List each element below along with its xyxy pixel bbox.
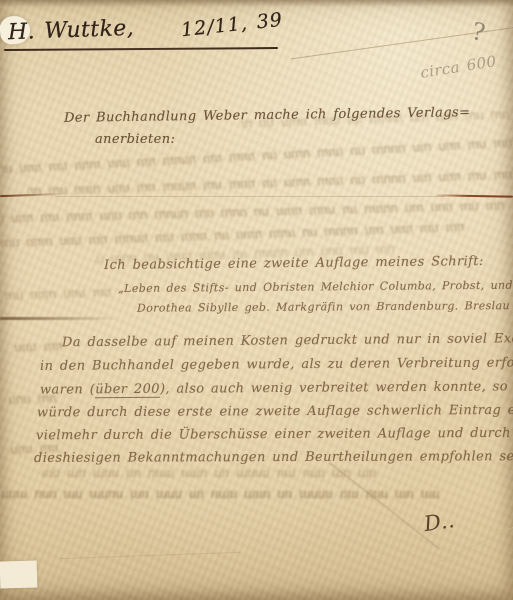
dark-fold-shadow [0, 317, 118, 320]
letter-title-line: „Leben des Stifts- und Obristen Melchior… [118, 278, 513, 295]
horizontal-fold-line [55, 196, 445, 197]
letter-line-segment: waren ( [40, 382, 95, 397]
white-patch-bottom-left [0, 561, 37, 589]
letter-line: dieshiesigen Bekanntmachungen und Beurth… [34, 449, 513, 466]
bottom-diagonal-crease [330, 462, 441, 549]
ghost-bleedthrough-line: nm um nnu mu nnnm un unm nmu un nnm um n… [42, 466, 377, 481]
bottom-faint-crease [60, 552, 240, 559]
date-annotation: 12/11, 39 [180, 9, 284, 42]
ghost-bleedthrough-line: nm um nnu mu nnnm un unm nmu un nnm um n… [0, 220, 465, 251]
ghost-bleedthrough-line: nm um nnu mu nnnm un unm nmu un nnm um n… [0, 136, 513, 178]
pencil-note-circa-600: circa 600 [419, 52, 498, 82]
manuscript-letter-page: nm um nnu mu nnnm un unm nmu un nnm um n… [0, 0, 513, 600]
letter-line: Der Buchhandlung Weber mache ich folgend… [64, 105, 471, 126]
letter-line: in den Buchhandel gegeben wurde, als zu … [40, 355, 513, 374]
ghost-bleedthrough-line: nm um nnu mu nnnm un unm nmu un nnm um n… [0, 487, 440, 502]
letter-line: anerbieten: [95, 132, 175, 147]
letter-line-segment: ), also auch wenig verbreitet werden kon… [160, 379, 508, 396]
author-signature: H. Wuttke, [8, 16, 135, 45]
pencil-question-mark: ? [469, 17, 488, 47]
ghost-bleedthrough-line: nm um nnu mu nnnm un unm nmu un nnm um n… [0, 198, 505, 226]
right-crack-mark [437, 194, 513, 197]
letter-line: vielmehr durch die Überschüsse einer zwe… [36, 426, 513, 444]
letter-line: würde durch diese erste eine zweite Aufl… [37, 403, 513, 421]
letter-line: Da dasselbe auf meinen Kosten gedruckt u… [62, 331, 513, 350]
letter-line: waren (über 200), also auch wenig verbre… [40, 379, 508, 397]
underlined-print-run: über 200 [95, 382, 160, 398]
left-crack-mark [0, 193, 64, 197]
ghost-margin-mark: nm unu mnn um [8, 339, 63, 356]
letter-line: Ich beabsichtige eine zweite Auflage mei… [104, 254, 484, 273]
top-edge-shadow [0, 0, 513, 7]
ghost-bleedthrough-line: nm um nnu mu nnnm un unm nmu un nnm um n… [28, 168, 513, 200]
header-underline [4, 47, 278, 51]
ghost-bleedthrough-line: nm unu mnn um [0, 285, 112, 304]
closing-paraph: D.. [422, 508, 456, 536]
letter-title-line: Dorothea Sibylle geb. Markgräfin von Bra… [137, 298, 513, 314]
